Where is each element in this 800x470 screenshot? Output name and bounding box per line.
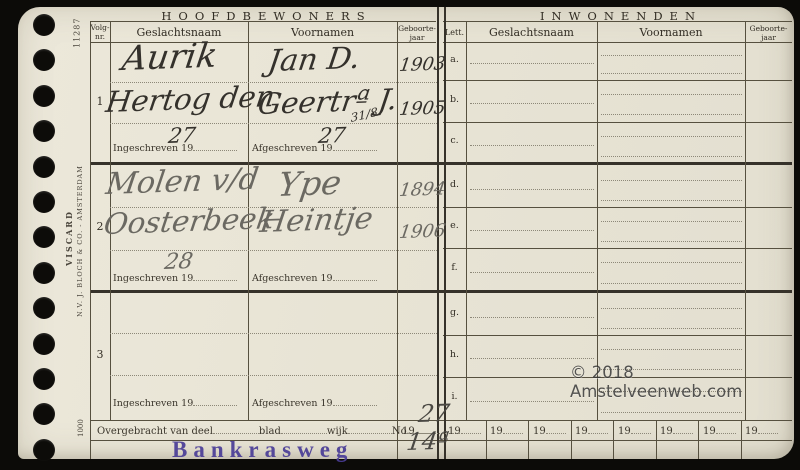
table-line: [741, 420, 742, 459]
handwritten-ingeschreven-year: 28: [163, 251, 194, 274]
punch-hole: [33, 403, 55, 425]
table-line: [597, 21, 598, 420]
column-header-geslachtsnaam-r: Geslachtsnaam: [466, 26, 597, 39]
wijk-label: wijk: [327, 426, 348, 437]
writing-line: [601, 308, 742, 309]
fill-in-line: [281, 424, 327, 434]
punch-hole: [33, 226, 55, 248]
punch-hole: [33, 156, 55, 178]
writing-line: [601, 349, 742, 350]
writing-line: [470, 272, 594, 273]
year-cell: 19: [618, 424, 651, 437]
fill-in-line: [546, 424, 566, 434]
writing-line: [470, 103, 594, 104]
handwritten-firstname: Ype: [276, 166, 343, 201]
copyright-watermark: © 2018 Amstelveenweb.com: [570, 363, 800, 401]
fill-in-line: [213, 424, 259, 434]
year-cell: 19: [575, 424, 608, 437]
punch-hole: [33, 14, 55, 36]
handwritten-firstname: Jan D.: [266, 44, 362, 77]
afgeschreven-label-2: Afgeschreven 19: [252, 271, 377, 284]
geboortejaar-r-line2: jaar: [761, 33, 776, 42]
table-line: [443, 42, 792, 43]
punch-hole: [33, 120, 55, 142]
ingeschreven-text: Ingeschreven 19: [113, 398, 193, 409]
writing-line: [601, 180, 742, 181]
lett-label-h: h.: [443, 349, 466, 360]
lett-label-g: g.: [443, 307, 466, 318]
year-prefix: 19: [448, 426, 461, 437]
table-line: [443, 207, 792, 208]
ingeschreven-text: Ingeschreven 19: [113, 273, 193, 284]
handwritten-surname: Molen v/d: [104, 165, 260, 200]
punch-hole: [33, 262, 55, 284]
afgeschreven-text: Afgeschreven 19: [252, 398, 333, 409]
blad-label: blad: [259, 426, 281, 437]
year-cell: 19: [745, 424, 778, 437]
year-prefix: 19: [618, 426, 631, 437]
writing-line: [601, 136, 742, 137]
fill-in-line: [348, 424, 392, 434]
writing-line: [601, 55, 742, 56]
brand-subtitle: N.V. J. BLOCH & CO. - AMSTERDAM: [75, 176, 85, 306]
punch-hole: [33, 333, 55, 355]
handwritten-transfer-year: 27: [417, 401, 451, 426]
writing-line: [110, 375, 437, 376]
column-header-voornamen: Voornamen: [248, 26, 397, 39]
table-line: [466, 21, 467, 420]
handwritten-birthyear: 1906: [398, 222, 447, 242]
writing-line: [470, 401, 594, 402]
writing-line: [601, 412, 742, 413]
column-header-voornamen-r: Voornamen: [597, 26, 745, 39]
lett-label-f: f.: [443, 262, 466, 273]
lett-label-a: a.: [443, 54, 466, 65]
geboortejaar-r-line1: Geboorte-: [750, 24, 788, 33]
year-cell: 19: [490, 424, 523, 437]
overgebracht-label: Overgebracht van deel: [97, 426, 213, 437]
brand-name: VISCARD: [63, 210, 75, 266]
writing-line: [601, 221, 742, 222]
table-line: [90, 21, 91, 459]
handwritten-house-number: 14ª: [405, 429, 451, 454]
fill-in-line: [716, 424, 736, 434]
handwritten-ingeschreven-year: 27: [167, 125, 197, 147]
row-number-3: 3: [90, 348, 110, 361]
lett-label-b: b.: [443, 94, 466, 105]
ingeschreven-label-3: Ingeschreven 19: [113, 396, 237, 409]
writing-line: [470, 230, 594, 231]
fill-in-line: [588, 424, 608, 434]
table-line: [745, 21, 746, 420]
writing-line: [601, 114, 742, 115]
year-prefix: 19: [745, 426, 758, 437]
punch-hole: [33, 297, 55, 319]
table-line: [443, 122, 792, 123]
column-header-geboortejaar: Geboorte- jaar: [397, 24, 437, 42]
writing-line: [601, 283, 742, 284]
table-line: [443, 248, 792, 249]
punch-hole: [33, 439, 55, 461]
fill-in-line: [193, 396, 237, 406]
year-prefix: 19: [575, 426, 588, 437]
afgeschreven-label-1: Afgeschreven 19: [252, 141, 377, 154]
serial-number: 11287: [70, 12, 84, 54]
table-line: [443, 21, 792, 22]
table-line: [443, 80, 792, 81]
fill-in-line: [193, 141, 237, 151]
handwritten-birthyear: 1903: [398, 55, 447, 75]
year-cell: 19: [703, 424, 736, 437]
writing-line: [470, 189, 594, 190]
writing-line: [601, 262, 742, 263]
handwritten-surname: Oosterbeek: [102, 204, 276, 239]
table-line: [443, 335, 792, 336]
handwritten-surname: Aurik: [120, 39, 220, 76]
lett-label-e: e.: [443, 220, 466, 231]
street-stamp: Bankrasweg: [172, 437, 353, 463]
writing-line: [110, 333, 437, 334]
table-line: [613, 420, 614, 459]
fill-in-line: [503, 424, 523, 434]
column-header-lett: Lett.: [443, 28, 466, 37]
year-cell: 19: [448, 424, 481, 437]
afgeschreven-text: Afgeschreven 19: [252, 273, 333, 284]
volgnr-line2: nr.: [95, 32, 105, 41]
column-header-volgnr: Volg- nr.: [90, 23, 110, 41]
writing-line: [110, 250, 437, 251]
punch-hole: [33, 368, 55, 390]
fill-in-line: [333, 396, 377, 406]
fill-in-line: [461, 424, 481, 434]
year-cell: 19: [660, 424, 693, 437]
handwritten-firstname: Heintje: [258, 204, 375, 238]
table-line: [571, 420, 572, 459]
year-prefix: 19: [533, 426, 546, 437]
fill-in-line: [758, 424, 778, 434]
punch-hole: [33, 85, 55, 107]
geboortejaar-line2: jaar: [410, 33, 425, 42]
geboortejaar-line1: Geboorte-: [398, 24, 436, 33]
year-prefix: 19: [703, 426, 716, 437]
scanned-register-card: 11287 VISCARD N.V. J. BLOCH & CO. - AMST…: [0, 0, 800, 470]
year-prefix: 19: [490, 426, 503, 437]
lett-label-d: d.: [443, 179, 466, 190]
table-line: [698, 420, 699, 459]
writing-line: [470, 63, 594, 64]
table-line: [656, 420, 657, 459]
writing-line: [601, 156, 742, 157]
afgeschreven-label-3: Afgeschreven 19: [252, 396, 377, 409]
fill-in-line: [631, 424, 651, 434]
punch-hole: [33, 191, 55, 213]
writing-line: [601, 94, 742, 95]
writing-line: [601, 241, 742, 242]
handwritten-afgeschreven-year: 27: [317, 125, 347, 147]
writing-line: [110, 123, 437, 124]
year-cell: 19: [533, 424, 566, 437]
handwritten-birthyear: 1905: [398, 99, 447, 119]
writing-line: [601, 73, 742, 74]
writing-line: [470, 317, 594, 318]
table-line: [486, 420, 487, 459]
column-header-geboortejaar-r: Geboorte- jaar: [745, 24, 792, 42]
year-prefix: 19: [660, 426, 673, 437]
punch-hole: [33, 49, 55, 71]
lett-label-c: c.: [443, 135, 466, 146]
writing-line: [470, 145, 594, 146]
writing-line: [601, 328, 742, 329]
fill-in-line: [673, 424, 693, 434]
fill-in-line: [193, 271, 237, 281]
table-line: [90, 21, 436, 22]
table-line: [528, 420, 529, 459]
fill-in-line: [333, 271, 377, 281]
handwritten-birthyear: 1894: [398, 180, 447, 200]
print-code: 1000: [75, 414, 87, 442]
handwritten-surname: Hertog den: [104, 82, 277, 117]
writing-line: [470, 358, 594, 359]
volgnr-line1: Volg-: [91, 23, 110, 32]
writing-line: [601, 200, 742, 201]
